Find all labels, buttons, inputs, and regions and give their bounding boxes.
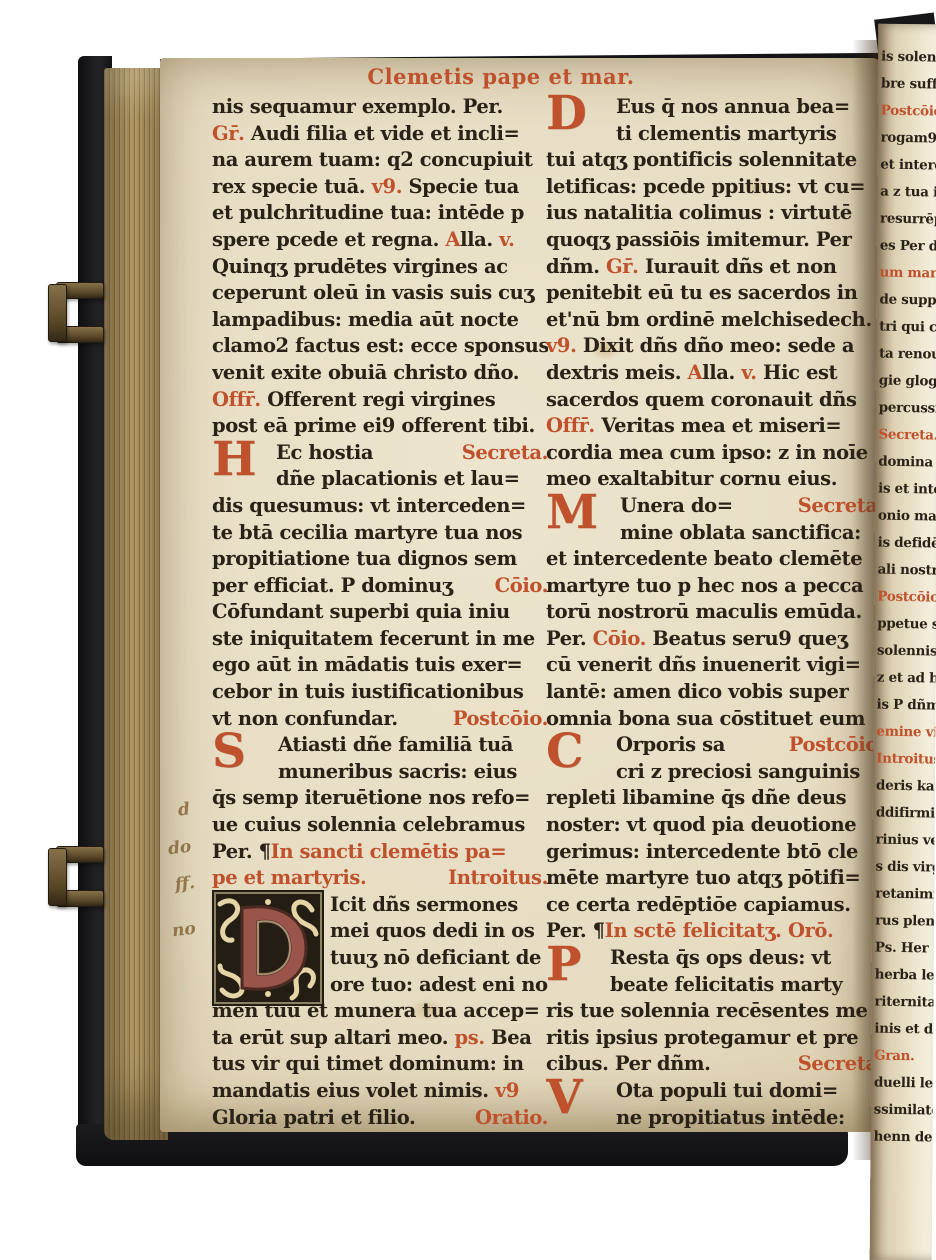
text-line: cibus. Per dñm. Secreta. [546,1051,884,1078]
fore-edge-text-fragment: et intercedē [877,151,936,179]
body-text: tui atqʒ pontificis solennitate [546,147,857,174]
body-text: Eus q̄ nos annua bea= [616,94,850,121]
text-line: propitiatione tua dignos sem [212,546,548,573]
text-line: ce certa redēptiōe capiamus. [546,892,884,919]
text-line: Atiasti dñe familiā tuā [212,732,548,759]
fore-edge-text-fragment: Gran. [871,1042,933,1070]
body-text: dis quesumus: vt interceden= [212,493,526,520]
lombard-initial: M [546,489,598,536]
body-text: cri z preciosi sanguinis [616,759,860,786]
fore-edge-text-fragment: henn deo per [870,1123,932,1151]
text-line: ego aūt in mādatis tuis exer= [212,652,548,679]
fore-edge-text-fragment: Secreta. [875,421,936,449]
text-line: Per. ¶In sctē felicitatʒ. Orō. [546,918,884,945]
text-line: lantē: amen dico vobis super [546,679,884,706]
text-line: vt non confundar. Postcōio. [212,706,548,733]
text-line: per efficiat. P dominuʒCōio. [212,573,548,600]
marginal-note: ff. [174,873,196,895]
rubric-text: Postcōio. [453,706,548,733]
lombard-initial: H [212,436,256,483]
text-line: muneribus sacris: eius [212,759,548,786]
text-line: quoqʒ passiōis imitemur. Per [546,227,884,254]
text-line: ritis ipsius protegamur et pre [546,1025,884,1052]
text-line: spere pcede et regna. Alla. v. [212,227,548,254]
fore-edge-text-fragment: riternitat [871,988,933,1016]
text-line: cebor in tuis iustificationibus [212,679,548,706]
brass-clasp-top [48,282,114,342]
text-line: v9. Dixit dñs dño meo: sede a [546,333,884,360]
rubric-text: pe et martyris. [212,865,366,892]
body-text: Quinqʒ prudētes virgines ac [212,254,508,281]
fore-edge-text-fragment: z et ad hostiā [874,664,936,692]
text-line: na aurem tuam: q2 concupiuit [212,147,548,174]
body-text: propitiatione tua dignos sem [212,546,517,573]
body-text: ce certa redēptiōe capiamus. [546,892,851,919]
body-text: martyre tuo p hec nos a pecca [546,573,863,600]
text-line: ris tue solennia recēsentes me [546,998,884,1025]
rubric-text: Cōio. [593,626,653,653]
body-text: ius natalitia colimus : virtutē [546,200,852,227]
text-line: ceperunt oleū in vasis suis cuʒ [212,280,548,307]
body-text: lampadibus: media aūt nocte [212,307,519,334]
fore-edge-text-fragment: emine virgi [873,718,935,746]
fore-edge-text-fragment: duelli legen [871,1069,933,1097]
body-text: Per. [546,626,593,653]
body-text: Atiasti dñe familiā tuā [278,732,513,759]
fore-edge-text-fragment: rogam9 oi= [877,124,936,152]
body-text: mandatis eius volet nimis. [212,1078,495,1105]
fore-edge-text-fragment: is solennia [878,43,936,71]
body-text: tus vir qui timet dominum: in [212,1051,524,1078]
fore-edge-text-fragment: is defidē pe= [874,529,936,557]
fore-edge-text-fragment: onio marty [875,502,936,530]
text-column-left: nis sequamur exemplo. Per.Gr̄. Audi fili… [212,94,548,1134]
text-line: lampadibus: media aūt nocte [212,307,548,334]
text-line: te btā cecilia martyre tua nos [212,520,548,547]
body-text: repleti libamine q̄s dñe deus [546,785,846,812]
text-line: et'nū bm ordinē melchisedech. [546,307,884,334]
rubric-text: Gr̄. [212,121,251,148]
brass-clasp-bottom [48,846,114,906]
fore-edge-text-fragment: solennis mun [874,637,936,665]
text-line: penitebit eū tu es sacerdos in [546,280,884,307]
text-line: ue cuius solennia celebramus [212,812,548,839]
text-line: venit exite obuiā christo dño. [212,360,548,387]
body-text: ego aūt in mādatis tuis exer= [212,652,522,679]
gilt-page-block-edge [104,68,168,1140]
running-header: Clemetis pape et mar. [160,64,842,89]
text-line: torū nostrorū maculis emūda. [546,599,884,626]
body-text: ore tuo: adest eni no [330,972,548,999]
body-text: mēte martyre tuo atqʒ pōtifi= [546,865,860,892]
fore-edge-text-fragment: ppetue sacra= [874,610,936,638]
text-line: Gr̄. Audi filia et vide et incli= [212,121,548,148]
fore-edge-text-fragment: Introitus. [873,745,935,773]
text-line: Gloria patri et filio. Oratio. [212,1105,548,1132]
body-text: lantē: amen dico vobis super [546,679,848,706]
fore-edge-text-fragment: ssimilate nos [870,1096,932,1124]
body-text: mine oblata sanctifica: [620,520,861,547]
lombard-initial: S [212,728,246,775]
body-text: Hic est [763,360,837,387]
fore-edge-text-fragment: domina placa [875,448,936,476]
rubric-text: ps. [455,1025,492,1052]
body-text: venit exite obuiā christo dño. [212,360,519,387]
body-text: ti clementis martyris [616,121,836,148]
body-text: dñm. [546,254,606,281]
rubric-text: In sctē felicitatʒ. Orō. [605,918,834,945]
body-text: quoqʒ passiōis imitemur. Per [546,227,852,254]
text-line: martyre tuo p hec nos a pecca [546,573,884,600]
text-line: Eus q̄ nos annua bea= [546,94,884,121]
body-text: Beatus seru9 queʒ [652,626,847,653]
body-text: Specie tua [408,174,518,201]
body-text: Orporis sa [616,732,725,759]
text-line: tui atqʒ pontificis solennitate [546,147,884,174]
body-text: ceperunt oleū in vasis suis cuʒ [212,280,534,307]
body-text: omnia bona sua cōstituet eum [546,706,865,733]
fore-edge-text-fragment: de supplicatiō [876,286,936,314]
body-text: torū nostrorū maculis emūda. [546,599,862,626]
text-line: Orporis saPostcōio. [546,732,884,759]
text-line: sacerdos quem coronauit dñs [546,387,884,414]
fore-edge-text-fragment: percussione le [875,394,936,422]
text-line: ti clementis martyris [546,121,884,148]
fore-edge-text-fragment: es Per dñm. [877,232,936,260]
body-text: cebor in tuis iustificationibus [212,679,523,706]
body-text: noster: vt quod pia deuotione [546,812,856,839]
body-text: post eā prime ei9 offerent tibi. [212,413,535,440]
body-text: rex specie tuā. [212,174,372,201]
body-text: Iurauit dñs et non [645,254,837,281]
text-line: gerimus: intercedente btō cle [546,839,884,866]
fore-edge-text-fragment: rus plendi [872,907,934,935]
body-text: Icit dñs sermones [330,892,518,919]
body-text: Offerent regi virgines [267,387,495,414]
clasp-bar [48,848,67,906]
text-line: cū venerit dñs inuenerit vigi= [546,652,884,679]
fore-edge-text-fragment: ali nostrum [874,556,936,584]
text-line: clamo2 factus est: ecce sponsus [212,333,548,360]
clasp-bar [48,284,67,342]
book-photo: Clemetis pape et mar. nis sequamur exemp… [0,0,936,1260]
text-line: et intercedente beato clemēte [546,546,884,573]
manuscript-page: Clemetis pape et mar. nis sequamur exemp… [160,58,882,1132]
body-text: spere pcede et regna. [212,227,445,254]
marginal-note: no [171,919,197,942]
text-line: Quinqʒ prudētes virgines ac [212,254,548,281]
facing-leaf-fore-edge: is solenniabre suffra=Postcōio.rogam9 o… [870,24,936,1260]
body-text: et'nū bm ordinē melchisedech. [546,307,872,334]
body-text: na aurem tuam: q2 concupiuit [212,147,533,174]
body-text: cū venerit dñs inuenerit vigi= [546,652,861,679]
text-line: dñe placationis et lau= [212,466,548,493]
body-text: ritis ipsius protegamur et pre [546,1025,858,1052]
body-text: penitebit eū tu es sacerdos in [546,280,858,307]
text-line: repleti libamine q̄s dñe deus [546,785,884,812]
rubric-text: Introitus. [448,865,548,892]
fore-edge-text-fragment: herba leta [871,961,933,989]
lombard-initial: C [546,728,583,775]
text-line: Cōfundant superbi quia iniu [212,599,548,626]
body-text: lla. [460,227,499,254]
text-line: dis quesumus: vt interceden= [212,493,548,520]
body-text: Bea [491,1025,531,1052]
lombard-initial: P [546,941,581,988]
lombard-initial: D [546,94,587,137]
rubric-text: Gr̄. [606,254,645,281]
text-line: ius natalitia colimus : virtutē [546,200,884,227]
rubric-text: v9. [372,174,409,201]
lombard-initial: V [546,1074,582,1121]
body-text: muneribus sacris: eius [278,759,517,786]
text-line: mandatis eius volet nimis. v9 [212,1078,548,1105]
fore-edge-text-fragment: bre suffra= [878,70,936,98]
text-line: nis sequamur exemplo. Per. [212,94,548,121]
text-line: ste iniquitatem fecerunt in me [212,626,548,653]
text-line: et pulchritudine tua: intēde p [212,200,548,227]
rubric-text: Offr̄. [546,413,601,440]
body-text: per efficiat. P dominuʒ [212,573,453,600]
body-text: cordia mea cum ipso: z in noīe [546,440,868,467]
body-text: dextris meis. [546,360,688,387]
text-line: Offr̄. Veritas mea et miseri= [546,413,884,440]
body-text: et intercedente beato clemēte [546,546,862,573]
body-text: q̄s semp iteruētione nos refo= [212,785,530,812]
rubric-text: Secreta. [462,440,548,467]
body-text: et pulchritudine tua: intēde p [212,200,524,227]
body-text: sacerdos quem coronauit dñs [546,387,857,414]
fore-edge-text-fragment: um mar. Orō [876,259,936,287]
text-line: dñm. Gr̄. Iurauit dñs et non [546,254,884,281]
fore-edge-text-fragment: is et interce [875,475,936,503]
body-text: Ota populi tui domi= [616,1078,838,1105]
text-line: ne propitiatus intēde: [546,1105,884,1132]
rubric-text: A [688,360,703,387]
body-text: Ec hostia [276,440,373,467]
text-line: Per. Cōio. Beatus seru9 queʒ [546,626,884,653]
woodcut-initial-D [212,890,324,1006]
fore-edge-text-fragment: Postcōio. [877,97,936,125]
body-text: mei quos dedi in os [330,918,534,945]
body-text: Dixit dñs dño meo: sede a [583,333,854,360]
text-line: post eā prime ei9 offerent tibi. [212,413,548,440]
text-line: tus vir qui timet dominum: in [212,1051,548,1078]
body-text: Audi filia et vide et incli= [251,121,520,148]
fore-edge-text-fragment: inis et decola [871,1015,933,1043]
rubric-text: v9. [546,333,583,360]
text-line: Resta q̄s ops deus: vt [546,945,884,972]
body-text: lla. [702,360,741,387]
fore-edge-text-fragment: ddifirmi thō [873,799,935,827]
body-text: ta erūt sup altari meo. [212,1025,455,1052]
body-text: Per. ¶ [212,839,271,866]
body-text: gerimus: intercedente btō cle [546,839,858,866]
text-column-right: Eus q̄ nos annua bea=Dti clementis marty… [546,94,884,1134]
text-line: Offr̄. Offerent regi virgines [212,387,548,414]
marginal-note: d [177,799,191,820]
fore-edge-text-fragment: Ps. Her [872,934,934,962]
text-line: beate felicitatis marty [546,972,884,999]
body-text: dñe placationis et lau= [276,466,520,493]
body-text: ue cuius solennia celebramus [212,812,525,839]
marginal-note: do [167,837,192,860]
text-line: omnia bona sua cōstituet eum [546,706,884,733]
body-text: Gloria patri et filio. [212,1105,422,1132]
rubric-text: In sancti clemētis pa= [271,839,507,866]
body-text: Resta q̄s ops deus: vt [610,945,831,972]
text-line: cri z preciosi sanguinis [546,759,884,786]
text-line: noster: vt quod pia deuotione [546,812,884,839]
body-text: clamo2 factus est: ecce sponsus [212,333,548,360]
body-text: nis sequamur exemplo. Per. [212,94,503,121]
body-text: letificas: pcede ppitius: vt cu= [546,174,865,201]
text-line: mēte martyre tuo atqʒ pōtifi= [546,865,884,892]
fore-edge-text-fragment: ta renouis est [876,340,936,368]
text-line: rex specie tuā. v9. Specie tua [212,174,548,201]
body-text: ne propitiatus intēde: [616,1105,845,1132]
fore-edge-text-fragment: s dis virgo aco: [872,853,934,881]
body-text: Cōfundant superbi quia iniu [212,599,510,626]
text-line: cordia mea cum ipso: z in noīe [546,440,884,467]
text-line: q̄s semp iteruētione nos refo= [212,785,548,812]
body-text: te btā cecilia martyre tua nos [212,520,522,547]
fore-edge-text-fragment: tri qui ct [876,313,936,341]
rubric-text: Oratio. [475,1105,548,1132]
text-line: Per. ¶In sancti clemētis pa= [212,839,548,866]
body-text: ste iniquitatem fecerunt in me [212,626,535,653]
text-line: dextris meis. Alla. v. Hic est [546,360,884,387]
fore-edge-text-fragment: retanimis in [872,880,934,908]
body-text: Veritas mea et miseri= [601,413,841,440]
rubric-text: Offr̄. [212,387,267,414]
rubric-text: v9 [495,1078,519,1105]
text-line: letificas: pcede ppitius: vt cu= [546,174,884,201]
fore-edge-text-fragment: deris kathe= [873,772,935,800]
fore-edge-text-fragment: Postcōio. [874,583,936,611]
body-text: tuuʒ nō deficiant de [330,945,541,972]
fore-edge-text-fragment: resurrēpo= [877,205,936,233]
body-text: Unera do= [620,493,733,520]
body-text: beate felicitatis marty [610,972,842,999]
text-line: ta erūt sup altari meo. ps. Bea [212,1025,548,1052]
text-line: Ota populi tui domi= [546,1078,884,1105]
fore-edge-text-fragment: a z tua in no= [877,178,936,206]
body-text: ris tue solennia recēsentes me [546,998,868,1025]
rubric-text: Cōio. [495,573,548,600]
text-line: Ec hostiaSecreta. [212,440,548,467]
fore-edge-text-fragment: gie glogos [876,367,936,395]
rubric-text: v. [741,360,763,387]
text-line: pe et martyris.Introitus. [212,865,548,892]
rubric-text: A [445,227,460,254]
fore-edge-text-fragment: rinius vesā lan [872,826,934,854]
rubric-text: v. [499,227,514,254]
fore-edge-text-fragment: is P dñm m [873,691,935,719]
